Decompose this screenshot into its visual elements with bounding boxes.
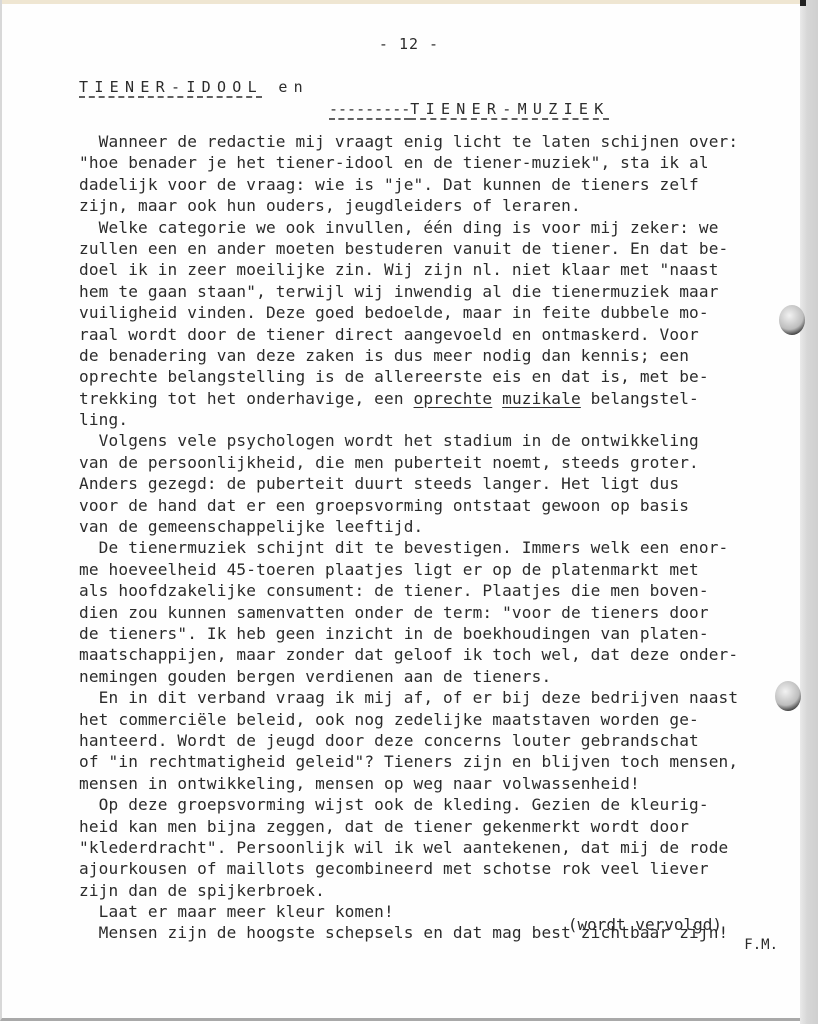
text-line: de benadering van deze zaken is dus meer… xyxy=(79,345,799,366)
text-line: hem te gaan staan", terwijl wij inwendig… xyxy=(79,281,799,302)
underlined-emphasis: muzikale xyxy=(502,389,581,408)
paragraph: En in dit verband vraag ik mij af, of er… xyxy=(79,687,799,794)
text-line: nemingen gouden bergen verdienen aan de … xyxy=(79,666,799,687)
article-title-line-1: TIENER-IDOOL en xyxy=(79,78,309,96)
page-top-edge xyxy=(2,0,802,4)
text-line: "hoe benader je het tiener-idool en de t… xyxy=(79,152,799,173)
text-line: Welke categorie we ook invullen, één din… xyxy=(79,217,799,238)
text-line: De tienermuziek schijnt dit te bevestige… xyxy=(79,537,799,558)
text-line: raal wordt door de tiener direct aangevo… xyxy=(79,324,799,345)
title-part-1: TIENER-IDOOL xyxy=(79,78,263,96)
text-line: doel ik in zeer moeilijke zin. Wij zijn … xyxy=(79,259,799,280)
text-line: "klederdracht". Persoonlijk wil ik wel a… xyxy=(79,837,799,858)
text-line: Volgens vele psychologen wordt het stadi… xyxy=(79,430,799,451)
text-line: En in dit verband vraag ik mij af, of er… xyxy=(79,687,799,708)
text-line: dadelijk voor de vraag: wie is "je". Dat… xyxy=(79,174,799,195)
text-line: heid kan men bijna zeggen, dat de tiener… xyxy=(79,816,799,837)
text-line: vuiligheid vinden. Deze goed bedoelde, m… xyxy=(79,302,799,323)
binder-hole-icon xyxy=(779,305,805,335)
paragraph: Volgens vele psychologen wordt het stadi… xyxy=(79,430,799,537)
binder-hole-icon xyxy=(775,681,801,711)
text-line: oprechte belangstelling is de allereerst… xyxy=(79,366,799,387)
underlined-emphasis: oprechte xyxy=(414,389,493,408)
paragraph: Wanneer de redactie mij vraagt enig lich… xyxy=(79,131,799,217)
text-line: de tieners". Ik heb geen inzicht in de b… xyxy=(79,623,799,644)
text-line: me hoeveelheid 45-toeren plaatjes ligt e… xyxy=(79,559,799,580)
text-line: maatschappijen, maar zonder dat geloof i… xyxy=(79,644,799,665)
author-initials: F.M. xyxy=(744,937,778,953)
text-line: trekking tot het onderhavige, een oprech… xyxy=(79,388,799,409)
article-title-line-2: ---------TIENER-MUZIEK xyxy=(329,100,610,118)
text-line: dien zou kunnen samenvatten onder de ter… xyxy=(79,602,799,623)
text-line: zullen een en ander moeten bestuderen va… xyxy=(79,238,799,259)
text-line: ling. xyxy=(79,409,799,430)
text-line: Op deze groepsvorming wijst ook de kledi… xyxy=(79,794,799,815)
text-line: zijn, maar ook hun ouders, jeugdleiders … xyxy=(79,195,799,216)
text-line: van de gemeenschappelijke leeftijd. xyxy=(79,516,799,537)
continuation-note: (wordt vervolgd) xyxy=(568,915,722,934)
text-line: Wanneer de redactie mij vraagt enig lich… xyxy=(79,131,799,152)
text-line: zijn dan de spijkerbroek. xyxy=(79,880,799,901)
text-line: ajourkousen of maillots gecombineerd met… xyxy=(79,858,799,879)
article-body: Wanneer de redactie mij vraagt enig lich… xyxy=(79,131,799,944)
text-line: van de persoonlijkheid, die men pubertei… xyxy=(79,452,799,473)
title-leading-dashes: --------- xyxy=(329,100,410,118)
paragraph: Op deze groepsvorming wijst ook de kledi… xyxy=(79,794,799,901)
text-line: het commerciële beleid, ook nog zedelijk… xyxy=(79,709,799,730)
paragraph: De tienermuziek schijnt dit te bevestige… xyxy=(79,537,799,687)
text-line: mensen in ontwikkeling, mensen op weg na… xyxy=(79,773,799,794)
text-line: als hoofdzakelijke consument: de tiener.… xyxy=(79,580,799,601)
page-number: - 12 - xyxy=(0,35,818,53)
text-line: Anders gezegd: de puberteit duurt steeds… xyxy=(79,473,799,494)
text-line: hanteerd. Wordt de jeugd door deze conce… xyxy=(79,730,799,751)
paragraph: Welke categorie we ook invullen, één din… xyxy=(79,217,799,431)
title-part-2: TIENER-MUZIEK xyxy=(410,100,609,118)
text-line: voor de hand dat er een groepsvorming on… xyxy=(79,495,799,516)
corner-shadow xyxy=(800,0,806,6)
title-connector: en xyxy=(263,78,309,96)
text-line: of "in rechtmatigheid geleid"? Tieners z… xyxy=(79,751,799,772)
page-binding-edge xyxy=(800,0,818,1024)
